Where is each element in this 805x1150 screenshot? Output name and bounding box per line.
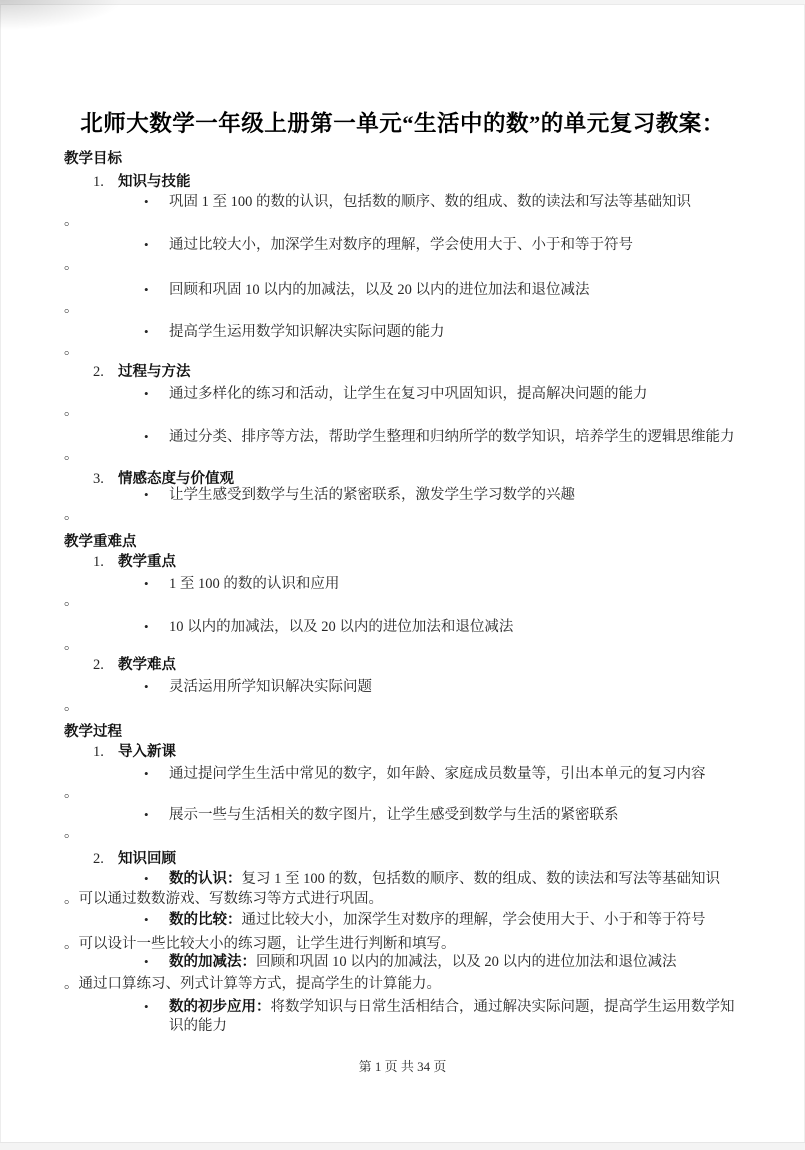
bullet-item: •灵活运用所学知识解决实际问题 <box>144 677 372 697</box>
bullet-icon: • <box>144 617 169 637</box>
bullet-icon: • <box>144 574 169 594</box>
item-number: 3. <box>93 469 118 489</box>
bullet-icon: • <box>144 192 169 212</box>
bullet-item: •通过提问学生生活中常见的数字，如年龄、家庭成员数量等，引出本单元的复习内容 <box>144 764 706 784</box>
page-edge-top <box>0 0 805 5</box>
bullet-text: 展示一些与生活相关的数字图片，让学生感受到数学与生活的紧密联系 <box>169 807 619 823</box>
section-heading-key-points: 教学重难点 <box>64 532 137 552</box>
wrapped-period: 。 <box>64 783 79 803</box>
numbered-heading: 1.教学重点 <box>93 552 176 572</box>
numbered-heading-label: 过程与方法 <box>118 364 191 380</box>
bullet-icon: • <box>144 677 169 697</box>
bullet-item: •数的认识：复习 1 至 100 的数，包括数的顺序、数的组成、数的读法和写法等… <box>144 869 720 889</box>
wrapped-period: 。 <box>64 211 79 231</box>
numbered-heading: 2.知识回顾 <box>93 849 176 869</box>
bullet-item: •回顾和巩固 10 以内的加减法，以及 20 以内的进位加法和退位减法 <box>144 280 590 300</box>
item-number: 1. <box>93 742 118 762</box>
bullet-item: •通过多样化的练习和活动，让学生在复习中巩固知识，提高解决问题的能力 <box>144 384 648 404</box>
bullet-item: •通过分类、排序等方法，帮助学生整理和归纳所学的数学知识，培养学生的逻辑思维能力 <box>144 427 735 447</box>
bullet-continuation: 。通过口算练习、列式计算等方式，提高学生的计算能力。 <box>64 974 441 994</box>
wrapped-period: 。 <box>64 340 79 360</box>
bullet-term-label: 数的初步应用： <box>169 999 271 1015</box>
wrapped-period: 。 <box>64 505 79 525</box>
bullet-text: 回顾和巩固 10 以内的加减法，以及 20 以内的进位加法和退位减法 <box>256 954 677 970</box>
page-number: 第 1 页 共 34 页 <box>1 1058 804 1076</box>
bullet-icon: • <box>144 235 169 255</box>
numbered-heading: 2.过程与方法 <box>93 362 191 382</box>
bullet-item: •10 以内的加减法，以及 20 以内的进位加法和退位减法 <box>144 617 513 637</box>
bullet-item: •提高学生运用数学知识解决实际问题的能力 <box>144 322 445 342</box>
bullet-text: 提高学生运用数学知识解决实际问题的能力 <box>169 324 445 340</box>
bullet-term-label: 数的认识： <box>169 871 242 887</box>
bullet-item: •数的加减法：回顾和巩固 10 以内的加减法，以及 20 以内的进位加法和退位减… <box>144 952 677 972</box>
numbered-heading: 1.知识与技能 <box>93 172 191 192</box>
bullet-continuation: 。可以设计一些比较大小的练习题，让学生进行判断和填写。 <box>64 934 456 954</box>
bullet-icon: • <box>144 322 169 342</box>
bullet-text: 1 至 100 的数的认识和应用 <box>169 576 339 592</box>
item-number: 1. <box>93 552 118 572</box>
bullet-item: •展示一些与生活相关的数字图片，让学生感受到数学与生活的紧密联系 <box>144 805 619 825</box>
bullet-term-label: 数的比较： <box>169 912 242 928</box>
wrapped-period: 。 <box>64 823 79 843</box>
numbered-heading-label: 知识与技能 <box>118 174 191 190</box>
bullet-icon: • <box>144 764 169 784</box>
bullet-item: •通过比较大小，加深学生对数序的理解，学会使用大于、小于和等于符号 <box>144 235 633 255</box>
bullet-text: 通过分类、排序等方法，帮助学生整理和归纳所学的数学知识，培养学生的逻辑思维能力 <box>169 429 735 445</box>
wrapped-period: 。 <box>64 255 79 275</box>
bullet-text-wrapped-line: 识的能力 <box>169 1016 227 1036</box>
bullet-text: 回顾和巩固 10 以内的加减法，以及 20 以内的进位加法和退位减法 <box>169 282 590 298</box>
bullet-text: 10 以内的加减法，以及 20 以内的进位加法和退位减法 <box>169 619 513 635</box>
item-number: 2. <box>93 655 118 675</box>
document-title: 北师大数学一年级上册第一单元“生活中的数”的单元复习教案： <box>1 109 804 139</box>
page-break-gap <box>0 1142 805 1150</box>
wrapped-period: 。 <box>64 401 79 421</box>
bullet-text: 灵活运用所学知识解决实际问题 <box>169 679 372 695</box>
wrapped-period: 。 <box>64 298 79 318</box>
bullet-icon: • <box>144 384 169 404</box>
numbered-heading-label: 教学重点 <box>118 554 176 570</box>
item-number: 1. <box>93 172 118 192</box>
bullet-icon: • <box>144 997 169 1017</box>
bullet-text: 让学生感受到数学与生活的紧密联系，激发学生学习数学的兴趣 <box>169 487 575 503</box>
bullet-item: •巩固 1 至 100 的数的认识，包括数的顺序、数的组成、数的读法和写法等基础… <box>144 192 691 212</box>
bullet-item: •1 至 100 的数的认识和应用 <box>144 574 339 594</box>
bullet-item: •数的初步应用：将数学知识与日常生活相结合，通过解决实际问题，提高学生运用数学知 <box>144 997 735 1017</box>
numbered-heading-label: 导入新课 <box>118 744 176 760</box>
bullet-icon: • <box>144 910 169 930</box>
wrapped-period: 。 <box>64 445 79 465</box>
bullet-icon: • <box>144 869 169 889</box>
section-heading-objectives: 教学目标 <box>64 149 122 169</box>
bullet-text: 通过比较大小，加深学生对数序的理解，学会使用大于、小于和等于符号 <box>169 237 633 253</box>
bullet-icon: • <box>144 280 169 300</box>
bullet-text: 通过多样化的练习和活动，让学生在复习中巩固知识，提高解决问题的能力 <box>169 386 648 402</box>
wrapped-period: 。 <box>64 696 79 716</box>
numbered-heading-label: 知识回顾 <box>118 851 176 867</box>
bullet-item: •数的比较：通过比较大小，加深学生对数序的理解，学会使用大于、小于和等于符号 <box>144 910 706 930</box>
bullet-text: 通过比较大小，加深学生对数序的理解，学会使用大于、小于和等于符号 <box>242 912 706 928</box>
wrapped-period: 。 <box>64 591 79 611</box>
wrapped-period: 。 <box>64 635 79 655</box>
document-page: 北师大数学一年级上册第一单元“生活中的数”的单元复习教案： 教学目标 1.知识与… <box>0 5 805 1142</box>
bullet-icon: • <box>144 952 169 972</box>
bullet-icon: • <box>144 485 169 505</box>
bullet-text: 巩固 1 至 100 的数的认识，包括数的顺序、数的组成、数的读法和写法等基础知… <box>169 194 691 210</box>
bullet-text: 将数学知识与日常生活相结合，通过解决实际问题，提高学生运用数学知 <box>271 999 735 1015</box>
numbered-heading: 1.导入新课 <box>93 742 176 762</box>
item-number: 2. <box>93 849 118 869</box>
bullet-term-label: 数的加减法： <box>169 954 256 970</box>
bullet-icon: • <box>144 805 169 825</box>
bullet-icon: • <box>144 427 169 447</box>
bullet-item: •让学生感受到数学与生活的紧密联系，激发学生学习数学的兴趣 <box>144 485 575 505</box>
item-number: 2. <box>93 362 118 382</box>
bullet-continuation: 。可以通过数数游戏、写数练习等方式进行巩固。 <box>64 889 383 909</box>
numbered-heading: 2.教学难点 <box>93 655 176 675</box>
section-heading-teaching-process: 教学过程 <box>64 722 122 742</box>
numbered-heading-label: 教学难点 <box>118 657 176 673</box>
bullet-text: 通过提问学生生活中常见的数字，如年龄、家庭成员数量等，引出本单元的复习内容 <box>169 766 706 782</box>
bullet-text: 复习 1 至 100 的数，包括数的顺序、数的组成、数的读法和写法等基础知识 <box>242 871 721 887</box>
